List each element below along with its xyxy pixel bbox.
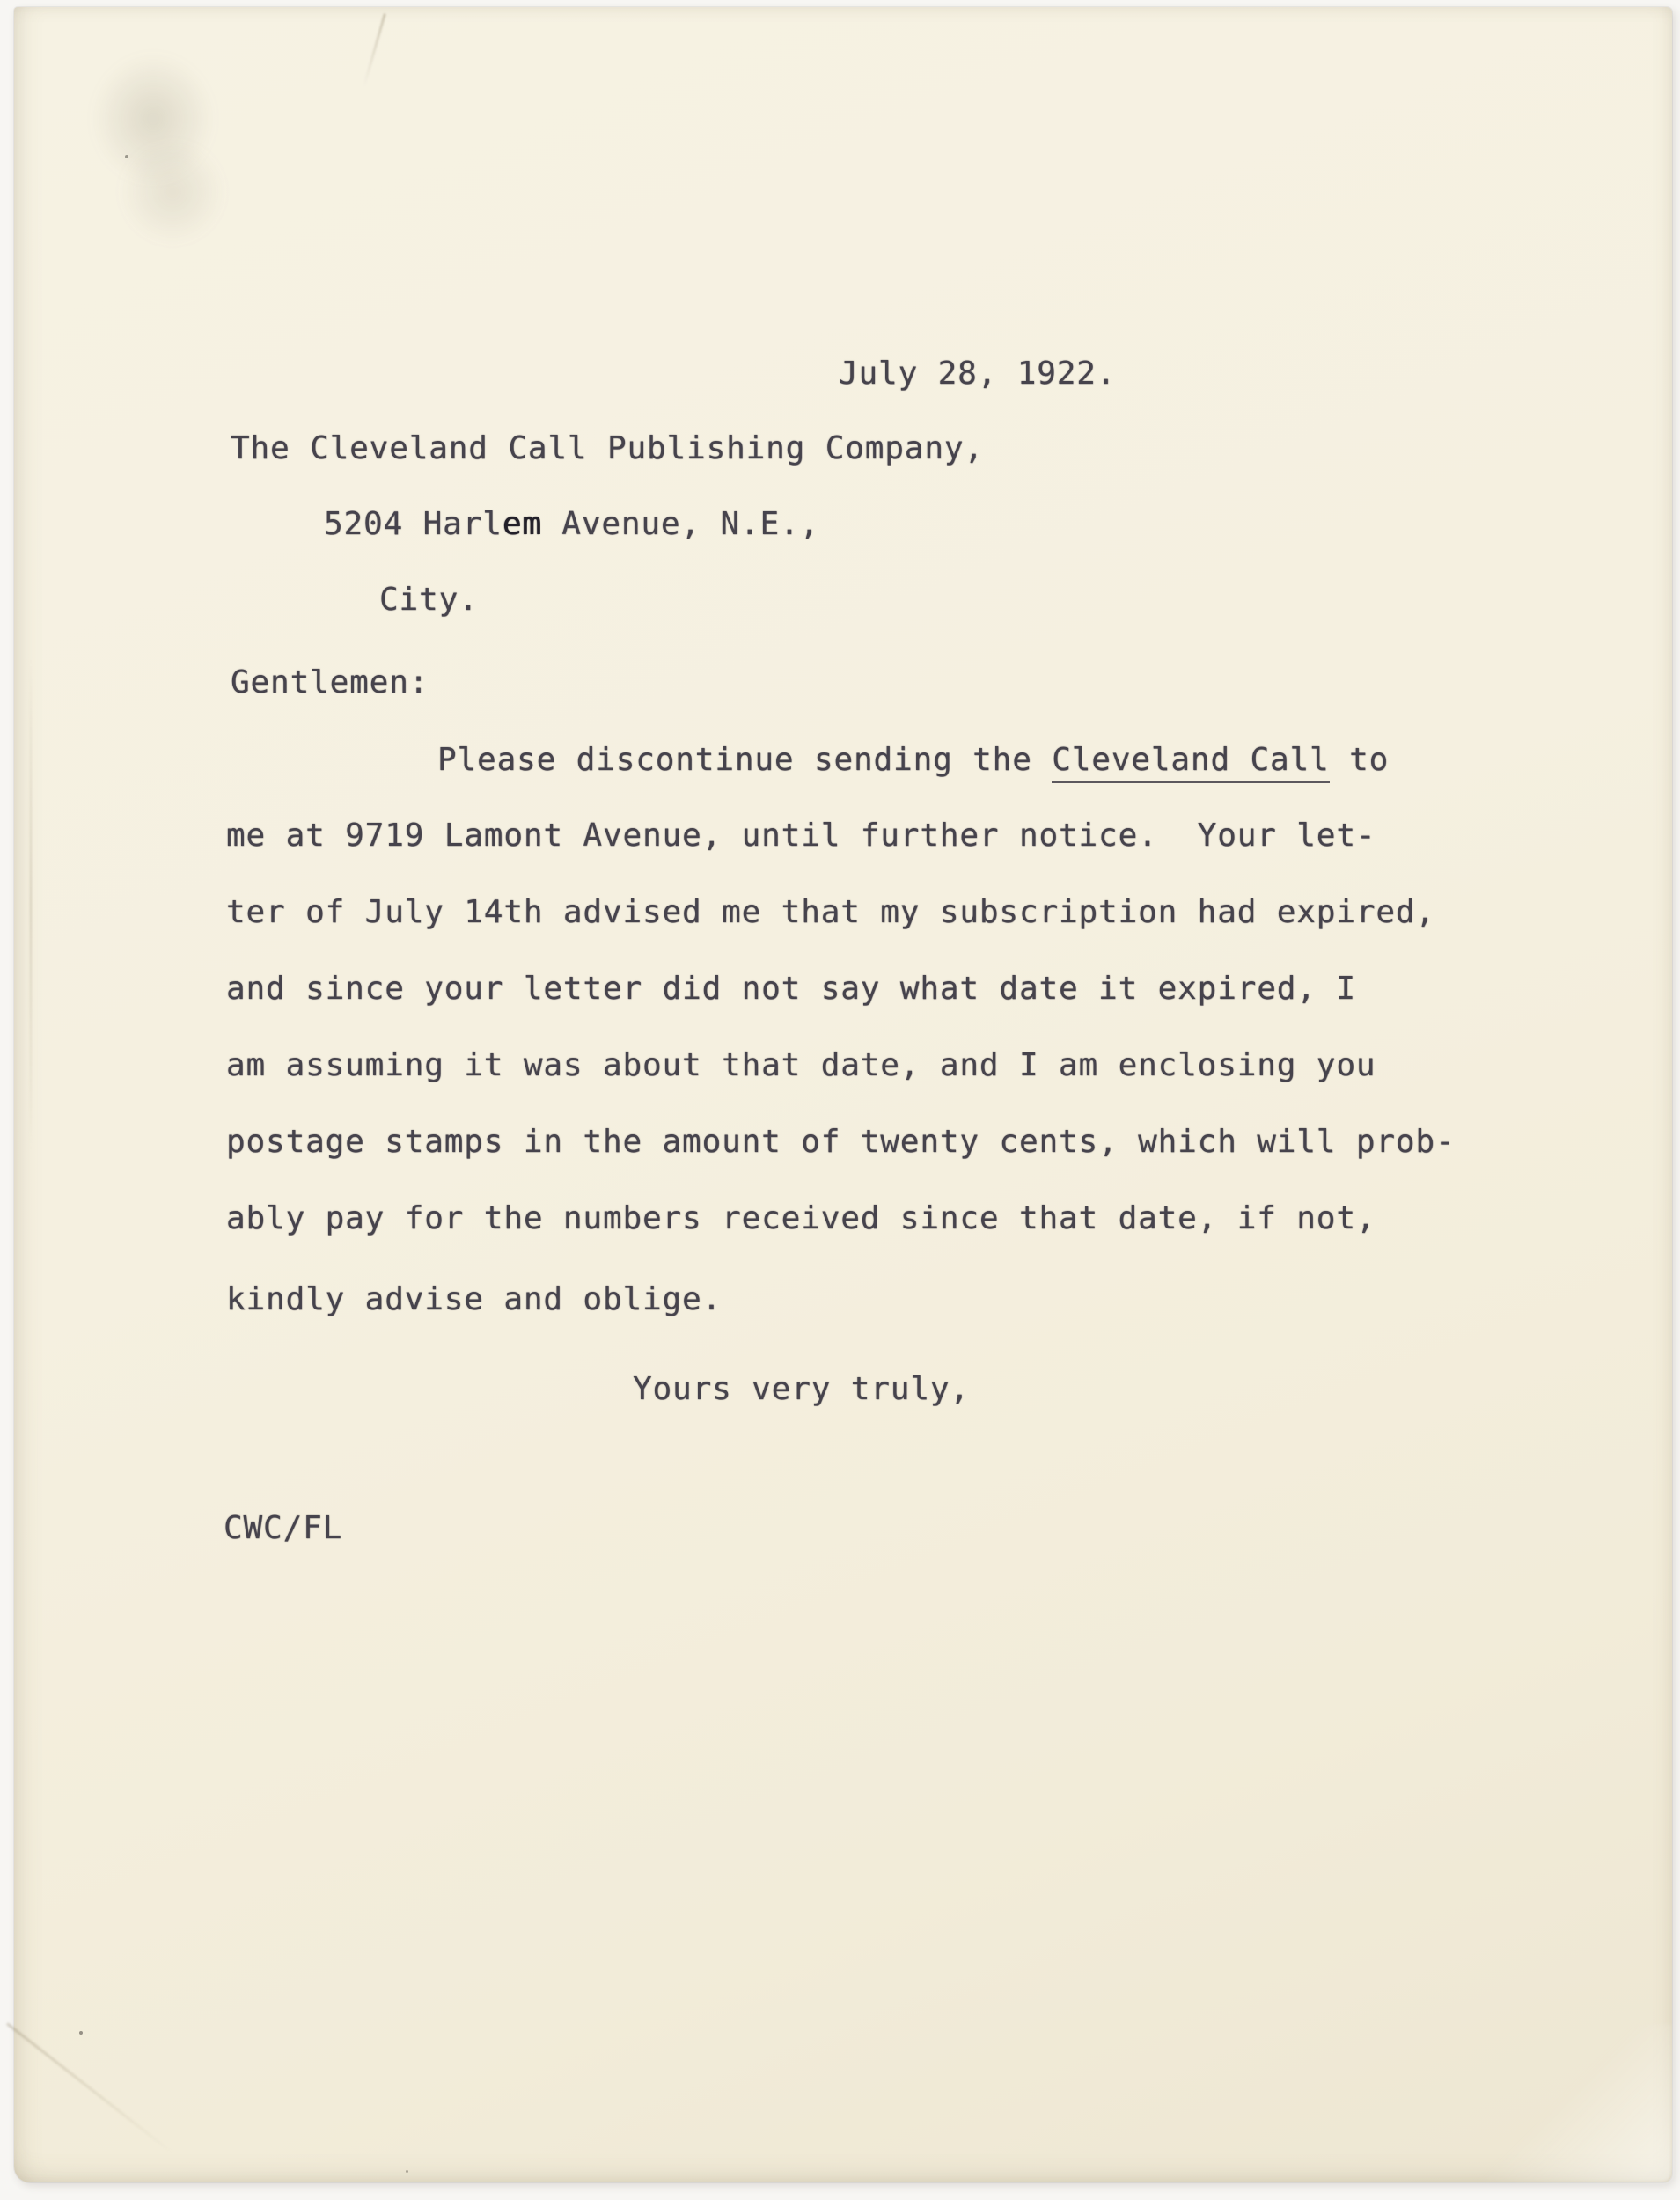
overstruck-characters: em [503,506,542,542]
paper-crease [30,658,32,1151]
body-text: Please discontinue sending the [437,742,1052,778]
scanned-letter: July 28, 1922. The Cleveland Call Publis… [0,0,1680,2200]
body-line: ably pay for the numbers received since … [226,1200,1376,1236]
street-text: Avenue, N.E., [542,506,819,542]
body-line: postage stamps in the amount of twenty c… [226,1124,1455,1160]
paper-crease [363,13,386,86]
recipient-city-line: City. [379,582,479,618]
salutation-line: Gentlemen: [231,664,429,700]
body-line: kindly advise and oblige. [226,1281,722,1317]
paper-crease [6,2022,174,2154]
street-text: 5204 Harl [324,506,503,542]
closing-line: Yours very truly, [633,1371,970,1407]
reference-initials-line: CWC/FL [224,1510,342,1546]
body-line: and since your letter did not say what d… [226,971,1356,1007]
paper-fold [1390,2024,1672,2182]
letter-paper: July 28, 1922. The Cleveland Call Publis… [14,7,1672,2182]
body-text: to [1330,742,1390,778]
recipient-street-line: 5204 Harlem Avenue, N.E., [324,506,819,542]
dust-speck [79,2031,83,2035]
underlined-publication-name: Cleveland Call [1052,742,1329,783]
body-line-indented: Please discontinue sending the Cleveland… [437,742,1389,778]
dust-speck [406,2170,408,2173]
ink-bleedthrough-mark [92,53,215,185]
date-line: July 28, 1922. [839,356,1116,392]
dust-speck [125,155,128,158]
ink-bleedthrough-mark [120,139,225,245]
body-line: ter of July 14th advised me that my subs… [226,894,1435,930]
body-line: me at 9719 Lamont Avenue, until further … [226,818,1376,854]
body-line: am assuming it was about that date, and … [226,1047,1376,1083]
recipient-company-line: The Cleveland Call Publishing Company, [231,430,984,466]
